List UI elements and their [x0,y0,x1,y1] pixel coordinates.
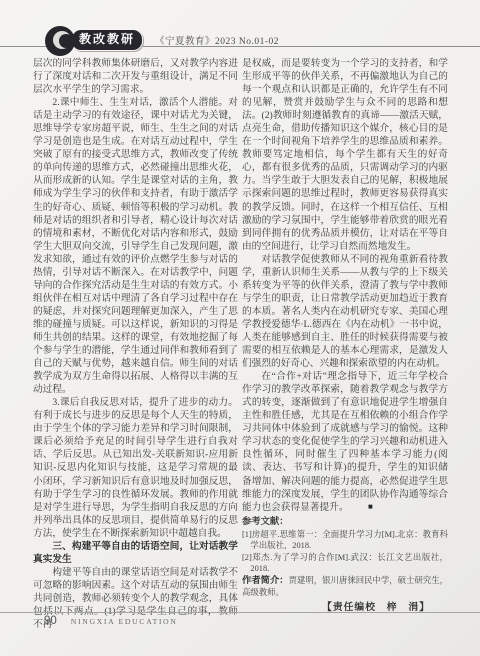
journal-name-english: NINGXIA EDUCATION [71,617,178,626]
references-heading: 参考文献： [242,516,448,529]
journal-issue-info: 《宁夏教育》2023 No.01-02 [155,33,279,47]
footer-divider [0,612,480,613]
paragraph-dialog: 对话教学促使教师从不同的视角重新看待教学，重新认识师生关系——从教与学的上下级关… [242,253,448,370]
paragraph-cooperation: 在“合作+对话”理念指导下，近三年学校合作学习的教学改革探索，随着教学观念与教学… [242,370,448,514]
left-column: 层次的同学科教师集体研磨后，又对教学内容进行了深度对话和二次开发与重组设计，满足… [33,57,238,631]
journal-logo-crescent-inner [59,34,73,48]
reference-item: [1]房超平.思维第一：全面提升学习力[M].北京：教育科学出版社，2018. [242,529,448,552]
right-column: 是权威，而是要转变为一个学习的支持者，和学生形成平等的伙伴关系，不再偏激地认为自… [242,57,448,614]
section-heading: 三、构建平等自由的话语空间，让对话教学真实发生 [33,540,238,566]
section-badge: 教改教研 [71,29,143,51]
page-footer: 90 NINGXIA EDUCATION [44,615,177,627]
article-end-mark: ■ [349,503,373,511]
author-bio-label: 作者简介： [242,576,289,586]
journal-page: 教改教研 《宁夏教育》2023 No.01-02 层次的同学科教师集体研磨后，又… [0,0,480,656]
paragraph-item3: 3.课后自我反思对话，提升了进步的动力。有利于成长与进步的反思是每个人天生的特质… [33,396,238,540]
paragraph-cooperation-text: 在“合作+对话”理念指导下，近三年学校合作学习的教学改革探索，随着教学观念与教学… [242,371,448,512]
reference-item: [2]郑杰.为了学习的合作[M].武汉：长江文艺出版社，2018. [242,552,448,575]
paragraph-item2: 2.课中师生、生生对话，激活个人潜能。对话是主动学习的有效途径，课中对话尤为关键… [33,96,238,396]
page-number: 90 [44,615,57,627]
paragraph-continuation: 层次的同学科教师集体研磨后，又对教学内容进行了深度对话和二次开发与重组设计，满足… [33,57,238,96]
author-bio: 作者简介：贾建明，银川唐徕回民中学，硕士研究生，高级教师。 [242,575,448,599]
paragraph-continuation: 是权威，而是要转变为一个学习的支持者，和学生形成平等的伙伴关系，不再偏激地认为自… [242,57,448,253]
